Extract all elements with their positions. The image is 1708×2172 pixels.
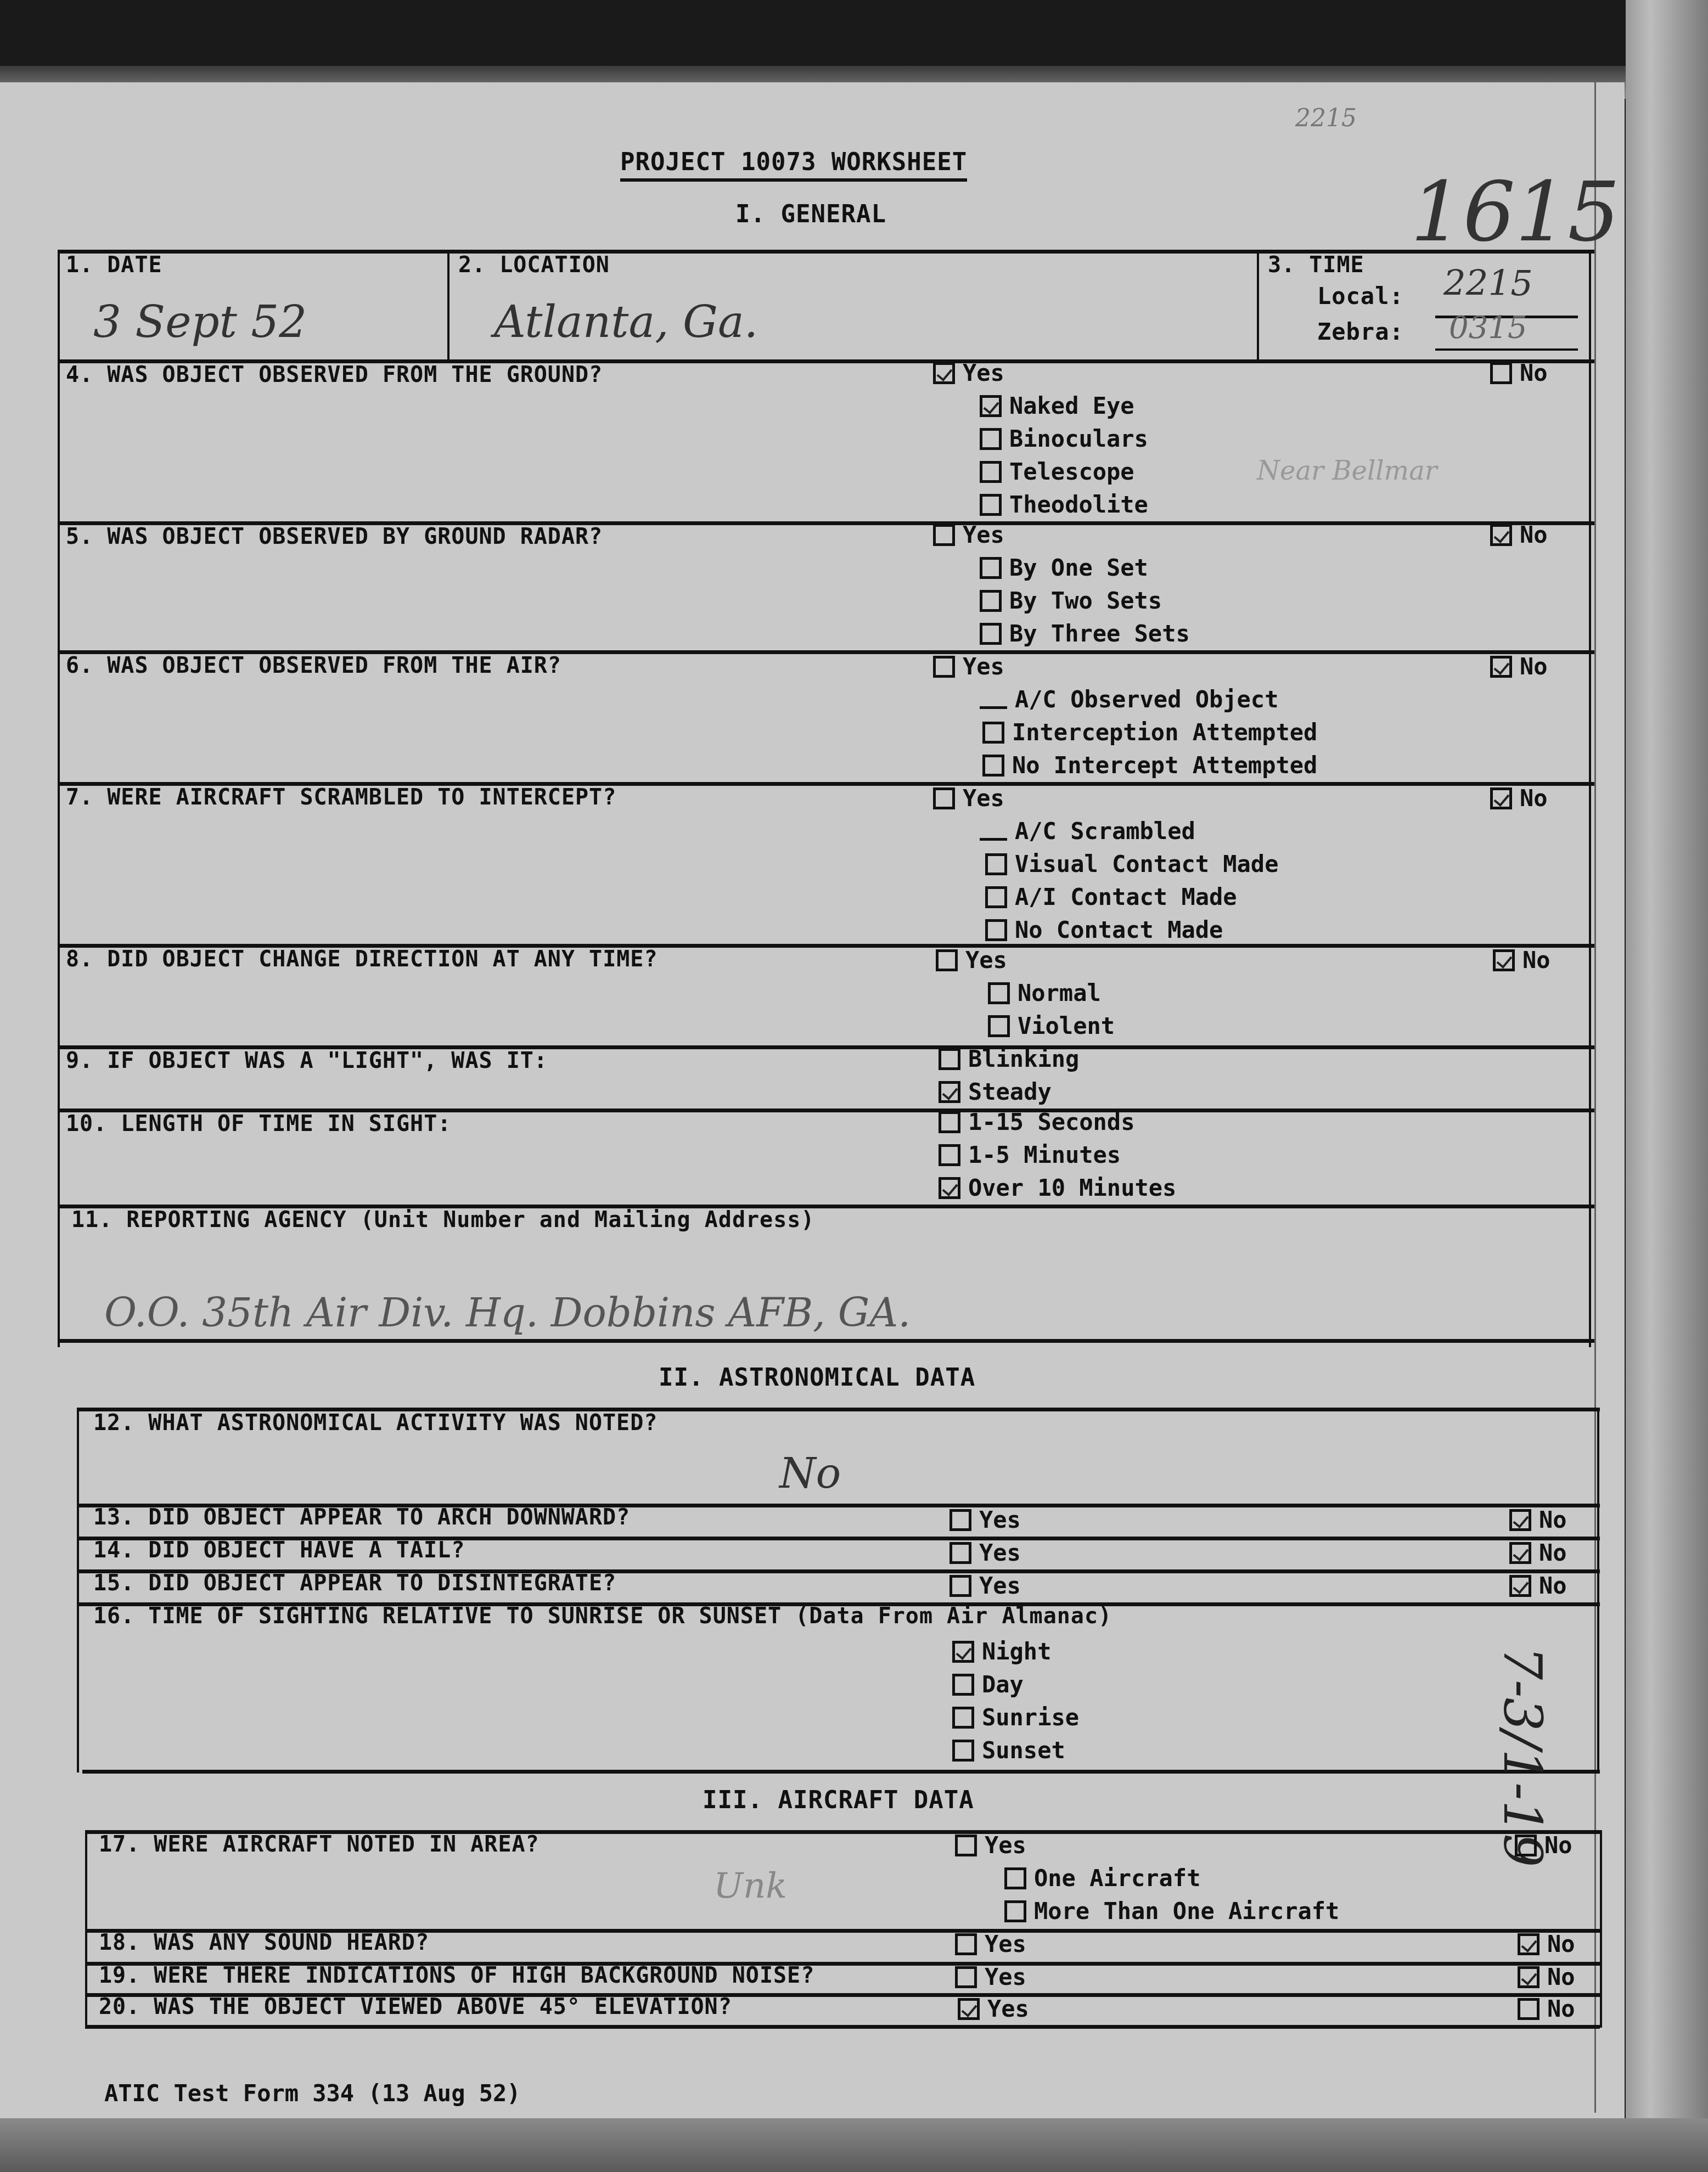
q20-yes-option[interactable]: Yes: [958, 1995, 1029, 2022]
section-heading-astronomical: II. ASTRONOMICAL DATA: [659, 1364, 975, 1392]
question-17: 17. WERE AIRCRAFT NOTED IN AREA?: [99, 1832, 540, 1857]
option-label: Blinking: [968, 1045, 1079, 1072]
form-footer: ATIC Test Form 334 (13 Aug 52): [104, 2080, 521, 2107]
checkbox[interactable]: [980, 623, 1002, 645]
astronomical-activity-value[interactable]: No: [779, 1449, 841, 1498]
checkbox[interactable]: [1490, 787, 1512, 809]
rule: [1600, 1830, 1602, 2028]
checkbox[interactable]: [985, 853, 1007, 875]
checkbox[interactable]: [952, 1641, 974, 1663]
checkbox[interactable]: [933, 787, 955, 809]
checkbox[interactable]: [1004, 1867, 1026, 1889]
q10-1-15-seconds[interactable]: 1-15 Seconds: [939, 1108, 1134, 1135]
q4-no-option[interactable]: No: [1490, 359, 1548, 386]
date-label: 1. DATE: [66, 252, 162, 278]
scan-border: [1626, 0, 1708, 2172]
aircraft-noted-handwritten[interactable]: Unk: [713, 1866, 787, 1906]
option-label: Yes: [987, 1995, 1029, 2022]
q14-no-option[interactable]: No: [1509, 1539, 1567, 1566]
checkbox[interactable]: [939, 1081, 960, 1103]
q6-ac-observed[interactable]: A/C Observed Object: [980, 686, 1278, 713]
q8-normal[interactable]: Normal: [988, 980, 1101, 1006]
q5-no-option[interactable]: No: [1490, 521, 1548, 548]
option-label: By Three Sets: [1009, 620, 1190, 647]
option-label: No: [1522, 947, 1550, 974]
q17-no-option[interactable]: No: [1515, 1832, 1572, 1859]
option-label: Binoculars: [1009, 425, 1148, 452]
location-value[interactable]: Atlanta, Ga.: [494, 296, 758, 347]
reporting-agency-value[interactable]: O.O. 35th Air Div. Hq. Dobbins AFB, GA.: [104, 1290, 911, 1336]
option-label: No: [1539, 1506, 1567, 1533]
zebra-time-value[interactable]: 0315: [1449, 310, 1527, 346]
checkbox[interactable]: [955, 1966, 977, 1988]
q4-binoculars[interactable]: Binoculars: [980, 425, 1148, 452]
q7-visual-contact[interactable]: Visual Contact Made: [985, 851, 1278, 877]
document-title: PROJECT 10073 WORKSHEET: [620, 148, 967, 182]
q19-no-option[interactable]: No: [1518, 1963, 1575, 1990]
question-7: 7. WERE AIRCRAFT SCRAMBLED TO INTERCEPT?: [66, 785, 616, 810]
checkbox[interactable]: [949, 1542, 971, 1564]
rule: [1257, 250, 1259, 359]
option-label: Over 10 Minutes: [968, 1174, 1176, 1201]
option-label: Yes: [979, 1572, 1021, 1599]
checkbox[interactable]: [1493, 949, 1515, 971]
option-label: No: [1547, 1931, 1575, 1957]
q4-yes-option[interactable]: Yes: [933, 359, 1004, 386]
option-label: Yes: [963, 653, 1004, 680]
option-label: No: [1547, 1995, 1575, 2022]
rule: [1435, 348, 1578, 351]
question-14: 14. DID OBJECT HAVE A TAIL?: [93, 1538, 465, 1563]
q5-three-sets[interactable]: By Three Sets: [980, 620, 1190, 647]
checkbox[interactable]: [982, 722, 1004, 744]
q17-more-than-one[interactable]: More Than One Aircraft: [1004, 1898, 1339, 1925]
q8-no-option[interactable]: No: [1493, 947, 1550, 974]
rule: [58, 250, 60, 1347]
checkbox[interactable]: [1509, 1575, 1531, 1597]
scan-shadow: [0, 2118, 1708, 2172]
option-label: Sunrise: [982, 1704, 1079, 1731]
option-label: Yes: [985, 1832, 1026, 1859]
option-label: Day: [982, 1671, 1024, 1698]
option-label: No: [1520, 653, 1548, 680]
q9-steady[interactable]: Steady: [939, 1078, 1052, 1105]
q7-ai-contact[interactable]: A/I Contact Made: [985, 884, 1237, 910]
option-label: No Contact Made: [1015, 916, 1223, 943]
checkbox[interactable]: [980, 494, 1002, 516]
checkbox[interactable]: [949, 1575, 971, 1597]
checkbox[interactable]: [980, 461, 1002, 483]
q14-yes-option[interactable]: Yes: [949, 1539, 1021, 1566]
question-10: 10. LENGTH OF TIME IN SIGHT:: [66, 1111, 451, 1136]
checkbox[interactable]: [980, 428, 1002, 450]
checkbox[interactable]: [936, 949, 958, 971]
checkbox[interactable]: [952, 1740, 974, 1762]
option-label: Steady: [968, 1078, 1052, 1105]
q15-yes-option[interactable]: Yes: [949, 1572, 1021, 1599]
q20-no-option[interactable]: No: [1518, 1995, 1575, 2022]
q17-yes-option[interactable]: Yes: [955, 1832, 1026, 1859]
q10-over-10-minutes[interactable]: Over 10 Minutes: [939, 1174, 1176, 1201]
option-label: A/C Scrambled: [1015, 818, 1195, 845]
q7-ac-scrambled[interactable]: A/C Scrambled: [980, 818, 1195, 845]
option-label: Interception Attempted: [1012, 719, 1317, 746]
option-label: More Than One Aircraft: [1034, 1898, 1339, 1925]
option-label: Yes: [985, 1931, 1026, 1957]
option-label: Yes: [979, 1506, 1021, 1533]
faint-annotation: Near Bellmar: [1257, 455, 1437, 486]
checkbox[interactable]: [1509, 1509, 1531, 1531]
q7-no-contact[interactable]: No Contact Made: [985, 916, 1223, 943]
option-label: Yes: [963, 359, 1004, 386]
q8-yes-option[interactable]: Yes: [936, 947, 1007, 974]
q4-naked-eye[interactable]: Naked Eye: [980, 392, 1134, 419]
option-label: Yes: [963, 785, 1004, 812]
date-value[interactable]: 3 Sept 52: [93, 296, 307, 347]
q4-theodolite[interactable]: Theodolite: [980, 491, 1148, 518]
option-label: Telescope: [1009, 458, 1134, 485]
q6-yes-option[interactable]: Yes: [933, 653, 1004, 680]
rule: [85, 2025, 1600, 2029]
q13-no-option[interactable]: No: [1509, 1506, 1567, 1533]
option-label: Theodolite: [1009, 491, 1148, 518]
option-label: No: [1520, 359, 1548, 386]
q8-violent[interactable]: Violent: [988, 1012, 1115, 1039]
q16-sunset[interactable]: Sunset: [952, 1737, 1065, 1764]
checkbox[interactable]: [985, 886, 1007, 908]
q7-no-option[interactable]: No: [1490, 785, 1548, 812]
question-15: 15. DID OBJECT APPEAR TO DISINTEGRATE?: [93, 1571, 616, 1596]
location-label: 2. LOCATION: [458, 252, 610, 278]
option-label: No: [1520, 521, 1548, 548]
option-label: No: [1544, 1832, 1572, 1859]
checkbox[interactable]: [1518, 1998, 1540, 2020]
q18-no-option[interactable]: No: [1518, 1931, 1575, 1957]
checkbox[interactable]: [980, 590, 1002, 612]
checkbox[interactable]: [1490, 656, 1512, 678]
checkbox[interactable]: [952, 1674, 974, 1696]
faint-time-annotation: 2215: [1295, 104, 1357, 132]
question-12: 12. WHAT ASTRONOMICAL ACTIVITY WAS NOTED…: [93, 1410, 658, 1436]
checkbox[interactable]: [988, 1015, 1010, 1037]
option-label: By Two Sets: [1009, 587, 1162, 614]
option-label: Visual Contact Made: [1015, 851, 1278, 877]
question-18: 18. WAS ANY SOUND HEARD?: [99, 1930, 429, 1955]
checkbox[interactable]: [1518, 1933, 1540, 1955]
question-8: 8. DID OBJECT CHANGE DIRECTION AT ANY TI…: [66, 947, 658, 972]
checkbox[interactable]: [939, 1048, 960, 1070]
option-label: A/C Observed Object: [1015, 686, 1278, 713]
option-label: No: [1539, 1539, 1567, 1566]
option-label: No: [1520, 785, 1548, 812]
option-label: Yes: [979, 1539, 1021, 1566]
option-label: Violent: [1018, 1012, 1115, 1039]
question-4: 4. WAS OBJECT OBSERVED FROM THE GROUND?: [66, 362, 603, 387]
q18-yes-option[interactable]: Yes: [955, 1931, 1026, 1957]
question-16: 16. TIME OF SIGHTING RELATIVE TO SUNRISE…: [93, 1603, 1112, 1629]
q13-yes-option[interactable]: Yes: [949, 1506, 1021, 1533]
checkbox[interactable]: [988, 982, 1010, 1004]
question-11: 11. REPORTING AGENCY (Unit Number and Ma…: [71, 1207, 814, 1233]
checkbox[interactable]: [1004, 1900, 1026, 1922]
question-13: 13. DID OBJECT APPEAR TO ARCH DOWNWARD?: [93, 1505, 630, 1530]
q17-one-aircraft[interactable]: One Aircraft: [1004, 1865, 1200, 1892]
checkbox[interactable]: [955, 1933, 977, 1955]
zebra-time-label: Zebra:: [1317, 318, 1404, 345]
question-19: 19. WERE THERE INDICATIONS OF HIGH BACKG…: [99, 1963, 814, 1988]
question-9: 9. IF OBJECT WAS A "LIGHT", WAS IT:: [66, 1048, 548, 1073]
checkbox[interactable]: [980, 395, 1002, 417]
q15-no-option[interactable]: No: [1509, 1572, 1567, 1599]
checkbox[interactable]: [980, 557, 1002, 579]
checkbox[interactable]: [1490, 524, 1512, 546]
q6-interception-attempted[interactable]: Interception Attempted: [982, 719, 1317, 746]
checkbox[interactable]: [1518, 1966, 1540, 1988]
option-label: Yes: [985, 1963, 1026, 1990]
rule: [1597, 1408, 1599, 1773]
option-label: One Aircraft: [1034, 1865, 1200, 1892]
page-number-annotation: 1615: [1411, 165, 1620, 260]
checkbox[interactable]: [939, 1111, 960, 1133]
checkbox[interactable]: [933, 524, 955, 546]
q9-blinking[interactable]: Blinking: [939, 1045, 1079, 1072]
q6-no-option[interactable]: No: [1490, 653, 1548, 680]
option-label: Yes: [965, 947, 1007, 974]
q16-day[interactable]: Day: [952, 1671, 1024, 1698]
q4-telescope[interactable]: Telescope: [980, 458, 1134, 485]
q5-one-set[interactable]: By One Set: [980, 554, 1148, 581]
checkbox[interactable]: [985, 919, 1007, 941]
checkbox[interactable]: [955, 1835, 977, 1856]
q16-sunrise[interactable]: Sunrise: [952, 1704, 1079, 1731]
checkbox[interactable]: [1515, 1835, 1537, 1856]
q19-yes-option[interactable]: Yes: [955, 1963, 1026, 1990]
rule: [1589, 250, 1591, 1347]
option-label: Naked Eye: [1009, 392, 1134, 419]
checkbox[interactable]: [949, 1509, 971, 1531]
q5-two-sets[interactable]: By Two Sets: [980, 587, 1162, 614]
option-label: Yes: [963, 521, 1004, 548]
question-5: 5. WAS OBJECT OBSERVED BY GROUND RADAR?: [66, 524, 603, 549]
option-label: No: [1547, 1963, 1575, 1990]
local-time-value[interactable]: 2215: [1443, 263, 1533, 304]
rule: [82, 1770, 1600, 1774]
q7-yes-option[interactable]: Yes: [933, 785, 1004, 812]
option-label: 1-5 Minutes: [968, 1141, 1121, 1168]
option-label: By One Set: [1009, 554, 1148, 581]
checkbox[interactable]: [958, 1998, 980, 2020]
option-label: No Intercept Attempted: [1012, 752, 1317, 779]
option-label: Normal: [1018, 980, 1101, 1006]
rule: [447, 250, 450, 359]
time-label: 3. TIME: [1268, 252, 1364, 278]
section-heading-general: I. GENERAL: [735, 200, 886, 228]
margin-rule: [1594, 82, 1596, 2113]
checkbox[interactable]: [939, 1177, 960, 1199]
question-20: 20. WAS THE OBJECT VIEWED ABOVE 45° ELEV…: [99, 1994, 732, 2019]
checkbox[interactable]: [933, 362, 955, 384]
q6-no-intercept[interactable]: No Intercept Attempted: [982, 752, 1317, 779]
blank-line[interactable]: [980, 821, 1007, 841]
checkbox[interactable]: [952, 1707, 974, 1729]
q16-night[interactable]: Night: [952, 1638, 1051, 1665]
option-label: Sunset: [982, 1737, 1065, 1764]
section-heading-aircraft: III. AIRCRAFT DATA: [703, 1786, 974, 1814]
rule: [58, 1339, 1594, 1343]
q5-yes-option[interactable]: Yes: [933, 521, 1004, 548]
q10-1-5-minutes[interactable]: 1-5 Minutes: [939, 1141, 1121, 1168]
option-label: 1-15 Seconds: [968, 1108, 1134, 1135]
checkbox[interactable]: [1490, 362, 1512, 384]
rule: [77, 1408, 79, 1773]
option-label: A/I Contact Made: [1015, 884, 1237, 910]
checkbox[interactable]: [933, 656, 955, 678]
checkbox[interactable]: [1509, 1542, 1531, 1564]
checkbox[interactable]: [982, 755, 1004, 776]
option-label: Night: [982, 1638, 1051, 1665]
local-time-label: Local:: [1317, 283, 1404, 310]
checkbox[interactable]: [939, 1144, 960, 1166]
option-label: No: [1539, 1572, 1567, 1599]
blank-line[interactable]: [980, 690, 1007, 709]
question-6: 6. WAS OBJECT OBSERVED FROM THE AIR?: [66, 653, 561, 678]
